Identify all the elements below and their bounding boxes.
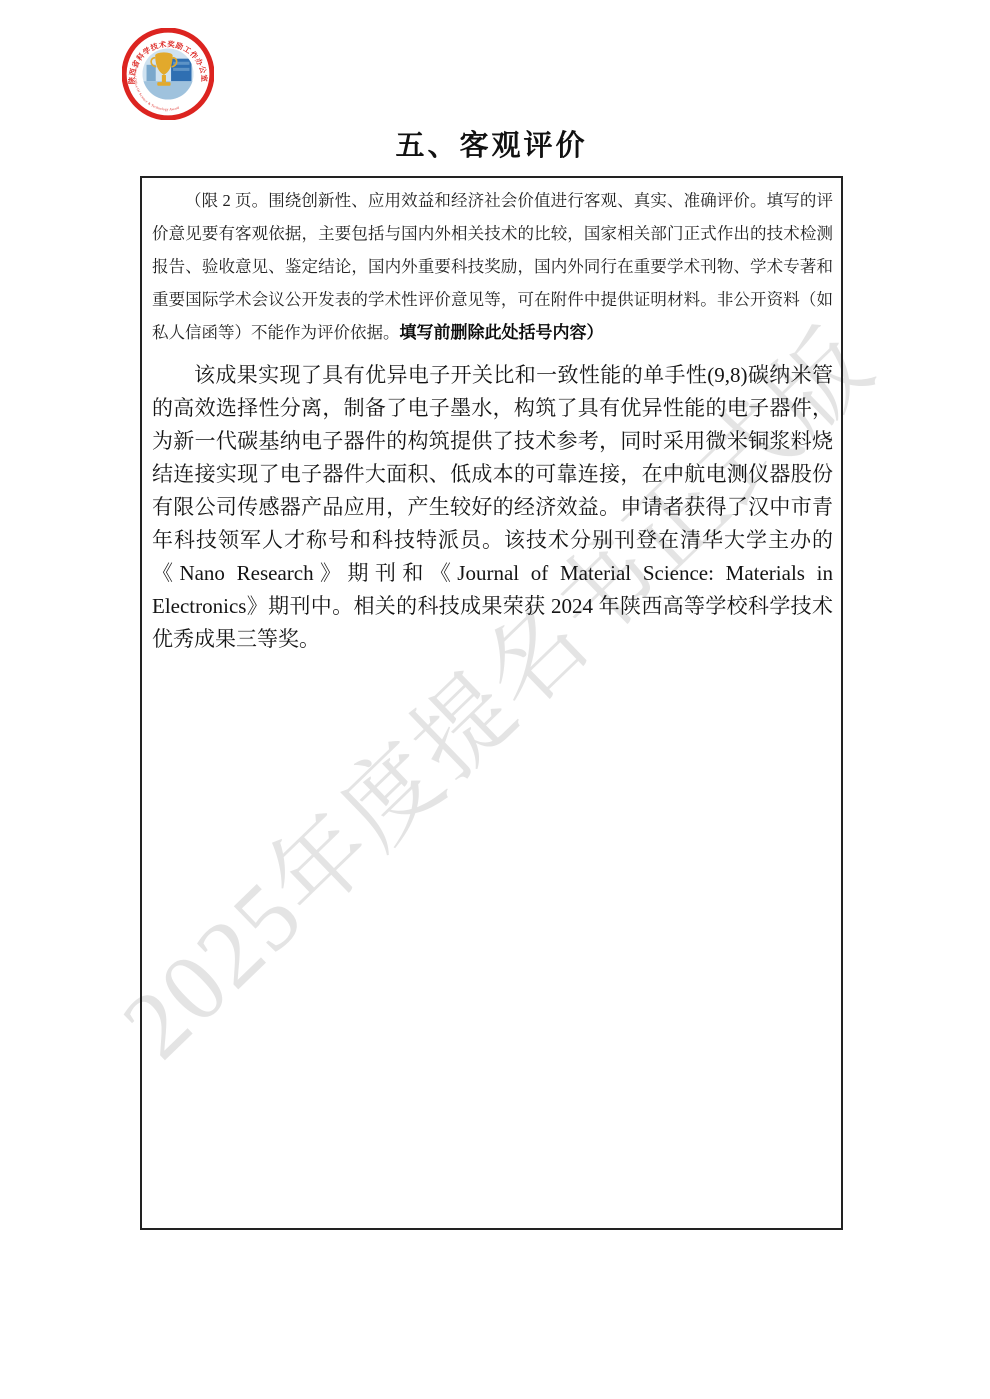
objective-evaluation-box: （限 2 页。围绕创新性、应用效益和经济社会价值进行客观、真实、准确评价。填写的… — [140, 176, 843, 1230]
evaluation-body-paragraph: 该成果实现了具有优异电子开关比和一致性能的单手性(9,8)碳纳米管的高效选择性分… — [152, 359, 833, 656]
instructions-paragraph: （限 2 页。围绕创新性、应用效益和经济社会价值进行客观、真实、准确评价。填写的… — [152, 184, 833, 349]
instructions-delete-note: 填写前删除此处括号内容） — [400, 323, 604, 342]
section-title: 五、客观评价 — [140, 0, 843, 162]
seal-photo — [142, 48, 193, 99]
document-page: 2025年度提名书正式版 — [0, 0, 990, 1399]
page-content: 陕西省科学技术奖励工作办公室 Shaanxi Office Of Science… — [0, 0, 990, 1230]
instructions-text: （限 2 页。围绕创新性、应用效益和经济社会价值进行客观、真实、准确评价。填写的… — [152, 191, 833, 342]
award-office-seal-icon: 陕西省科学技术奖励工作办公室 Shaanxi Office Of Science… — [122, 28, 214, 120]
